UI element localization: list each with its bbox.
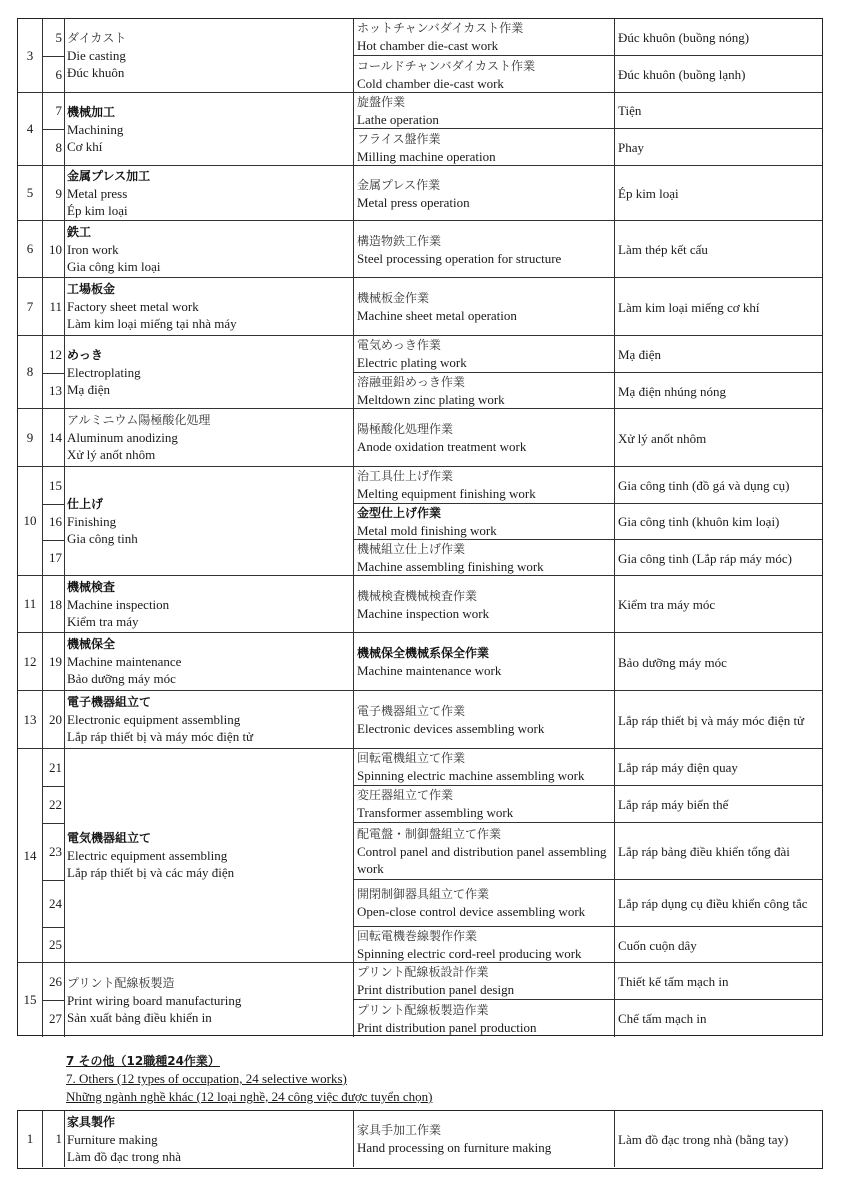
occupation-cell: 機械加工 Machining Cơ khí <box>64 93 354 165</box>
work-numbers: 20 <box>42 691 65 748</box>
occupation-jp: ダイカスト <box>67 30 353 47</box>
work-row: 開閉制御器具組立て作業Open-close control device ass… <box>354 880 822 927</box>
group-number: 5 <box>18 166 43 220</box>
work-row: 変圧器組立て作業Transformer assembling work Lắp … <box>354 786 822 823</box>
occupation-cell: アルミニウム陽極酸化処理 Aluminum anodizing Xử lý an… <box>64 409 354 466</box>
occupation-cell: 仕上げ Finishing Gia công tinh <box>64 467 354 575</box>
group-number: 14 <box>18 749 43 962</box>
table-row: 10 15 16 17 仕上げ Finishing Gia công tinh … <box>18 467 822 576</box>
section-title-en: 7. Others (12 types of occupation, 24 se… <box>66 1070 432 1088</box>
work-row: 電子機器組立て作業Electronic devices assembling w… <box>354 691 822 749</box>
work-row: 機械組立仕上げ作業Machine assembling finishing wo… <box>354 540 822 576</box>
work-numbers: 19 <box>42 633 65 690</box>
work-row: プリント配線板製造作業Print distribution panel prod… <box>354 1000 822 1037</box>
section-title-jp: 7 その他（12職種24作業） <box>66 1052 432 1070</box>
occupation-cell: 電子機器組立て Electronic equipment assembling … <box>64 691 354 748</box>
table-row: 4 7 8 機械加工 Machining Cơ khí 旋盤作業Lathe op… <box>18 93 822 166</box>
work-numbers: 1 <box>42 1111 65 1167</box>
table-row: 8 12 13 めっき Electroplating Mạ điện 電気めっき… <box>18 336 822 409</box>
group-number: 10 <box>18 467 43 575</box>
group-number: 15 <box>18 963 43 1037</box>
work-numbers: 15 16 17 <box>42 467 65 575</box>
occupation-cell: めっき Electroplating Mạ điện <box>64 336 354 408</box>
work-row: 旋盤作業Lathe operation Tiện <box>354 93 822 129</box>
work-numbers: 7 8 <box>42 93 65 165</box>
occupation-en: Die casting <box>67 47 353 64</box>
work-numbers: 26 27 <box>42 963 65 1037</box>
work-row: 金型仕上げ作業Metal mold finishing work Gia côn… <box>354 504 822 540</box>
group-number: 12 <box>18 633 43 690</box>
table-row: 6 10 鉄工 Iron work Gia công kim loại 構造物鉄… <box>18 221 822 278</box>
work-row: フライス盤作業Milling machine operation Phay <box>354 129 822 166</box>
table-row: 13 20 電子機器組立て Electronic equipment assem… <box>18 691 822 749</box>
table-row: 5 9 金属プレス加工 Metal press Ép kim loại 金属プレ… <box>18 166 822 221</box>
group-number: 4 <box>18 93 43 165</box>
work-row: 金属プレス作業Metal press operation Ép kim loại <box>354 166 822 221</box>
occupation-cell: 機械検査 Machine inspection Kiểm tra máy <box>64 576 354 632</box>
work-row: ホットチャンバダイカスト作業Hot chamber die-cast work … <box>354 19 822 56</box>
occupation-cell: ダイカスト Die casting Đúc khuôn <box>64 19 354 92</box>
group-number: 1 <box>18 1111 43 1167</box>
section-heading: 7 その他（12職種24作業） 7. Others (12 types of o… <box>66 1052 432 1106</box>
table-row: 12 19 機械保全 Machine maintenance Bảo dưỡng… <box>18 633 822 691</box>
work-row: 機械検査機械検査作業Machine inspection work Kiểm t… <box>354 576 822 633</box>
occupation-cell: 金属プレス加工 Metal press Ép kim loại <box>64 166 354 220</box>
work-numbers: 14 <box>42 409 65 466</box>
table-row: 1 1 家具製作 Furniture making Làm đồ đạc tro… <box>18 1111 822 1167</box>
others-table: 1 1 家具製作 Furniture making Làm đồ đạc tro… <box>17 1110 823 1169</box>
occupation-cell: 機械保全 Machine maintenance Bảo dưỡng máy m… <box>64 633 354 690</box>
table-row: 14 21 22 23 24 25 電気機器組立て Electric equip… <box>18 749 822 963</box>
work-row: 回転電機巻線製作作業Spinning electric cord-reel pr… <box>354 927 822 963</box>
work-row: 溶融亜鉛めっき作業Meltdown zinc plating work Mạ đ… <box>354 373 822 409</box>
work-row: 治工具仕上げ作業Melting equipment finishing work… <box>354 467 822 504</box>
occupation-cell: 鉄工 Iron work Gia công kim loại <box>64 221 354 277</box>
work-numbers: 12 13 <box>42 336 65 408</box>
work-row: 構造物鉄工作業Steel processing operation for st… <box>354 221 822 278</box>
work-row: プリント配線板設計作業Print distribution panel desi… <box>354 963 822 1000</box>
occupation-cell: プリント配線板製造 Print wiring board manufacturi… <box>64 963 354 1037</box>
work-row: コールドチャンバダイカスト作業Cold chamber die-cast wor… <box>354 56 822 93</box>
occupation-vi: Đúc khuôn <box>67 64 353 81</box>
work-row: 機械板金作業Machine sheet metal operation Làm … <box>354 278 822 336</box>
group-number: 13 <box>18 691 43 748</box>
work-row: 陽極酸化処理作業Anode oxidation treatment work X… <box>354 409 822 467</box>
table-row: 11 18 機械検査 Machine inspection Kiểm tra m… <box>18 576 822 633</box>
table-row: 9 14 アルミニウム陽極酸化処理 Aluminum anodizing Xử … <box>18 409 822 467</box>
occupation-cell: 工場板金 Factory sheet metal work Làm kim lo… <box>64 278 354 335</box>
occupation-cell: 家具製作 Furniture making Làm đồ đạc trong n… <box>64 1111 354 1167</box>
work-numbers: 5 6 <box>42 19 65 92</box>
table-row: 3 5 6 ダイカスト Die casting Đúc khuôn ホットチャン… <box>18 19 822 93</box>
section-title-vi: Những ngành nghề khác (12 loại nghề, 24 … <box>66 1088 432 1106</box>
group-number: 11 <box>18 576 43 632</box>
work-numbers: 21 22 23 24 25 <box>42 749 65 962</box>
work-numbers: 9 <box>42 166 65 220</box>
work-row: 機械保全機械系保全作業Machine maintenance work Bảo … <box>354 633 822 691</box>
table-row: 7 11 工場板金 Factory sheet metal work Làm k… <box>18 278 822 336</box>
group-number: 9 <box>18 409 43 466</box>
work-numbers: 11 <box>42 278 65 335</box>
occupation-table: 3 5 6 ダイカスト Die casting Đúc khuôn ホットチャン… <box>17 18 823 1036</box>
work-row: 家具手加工作業Hand processing on furniture maki… <box>354 1111 822 1167</box>
work-numbers: 10 <box>42 221 65 277</box>
work-numbers: 18 <box>42 576 65 632</box>
group-number: 3 <box>18 19 43 92</box>
work-row: 電気めっき作業Electric plating work Mạ điện <box>354 336 822 373</box>
occupation-cell: 電気機器組立て Electric equipment assembling Lắ… <box>64 749 354 962</box>
table-row: 15 26 27 プリント配線板製造 Print wiring board ma… <box>18 963 822 1037</box>
work-row: 回転電機組立て作業Spinning electric machine assem… <box>354 749 822 786</box>
group-number: 7 <box>18 278 43 335</box>
group-number: 6 <box>18 221 43 277</box>
work-row: 配電盤・制御盤組立て作業Control panel and distributi… <box>354 823 822 880</box>
group-number: 8 <box>18 336 43 408</box>
